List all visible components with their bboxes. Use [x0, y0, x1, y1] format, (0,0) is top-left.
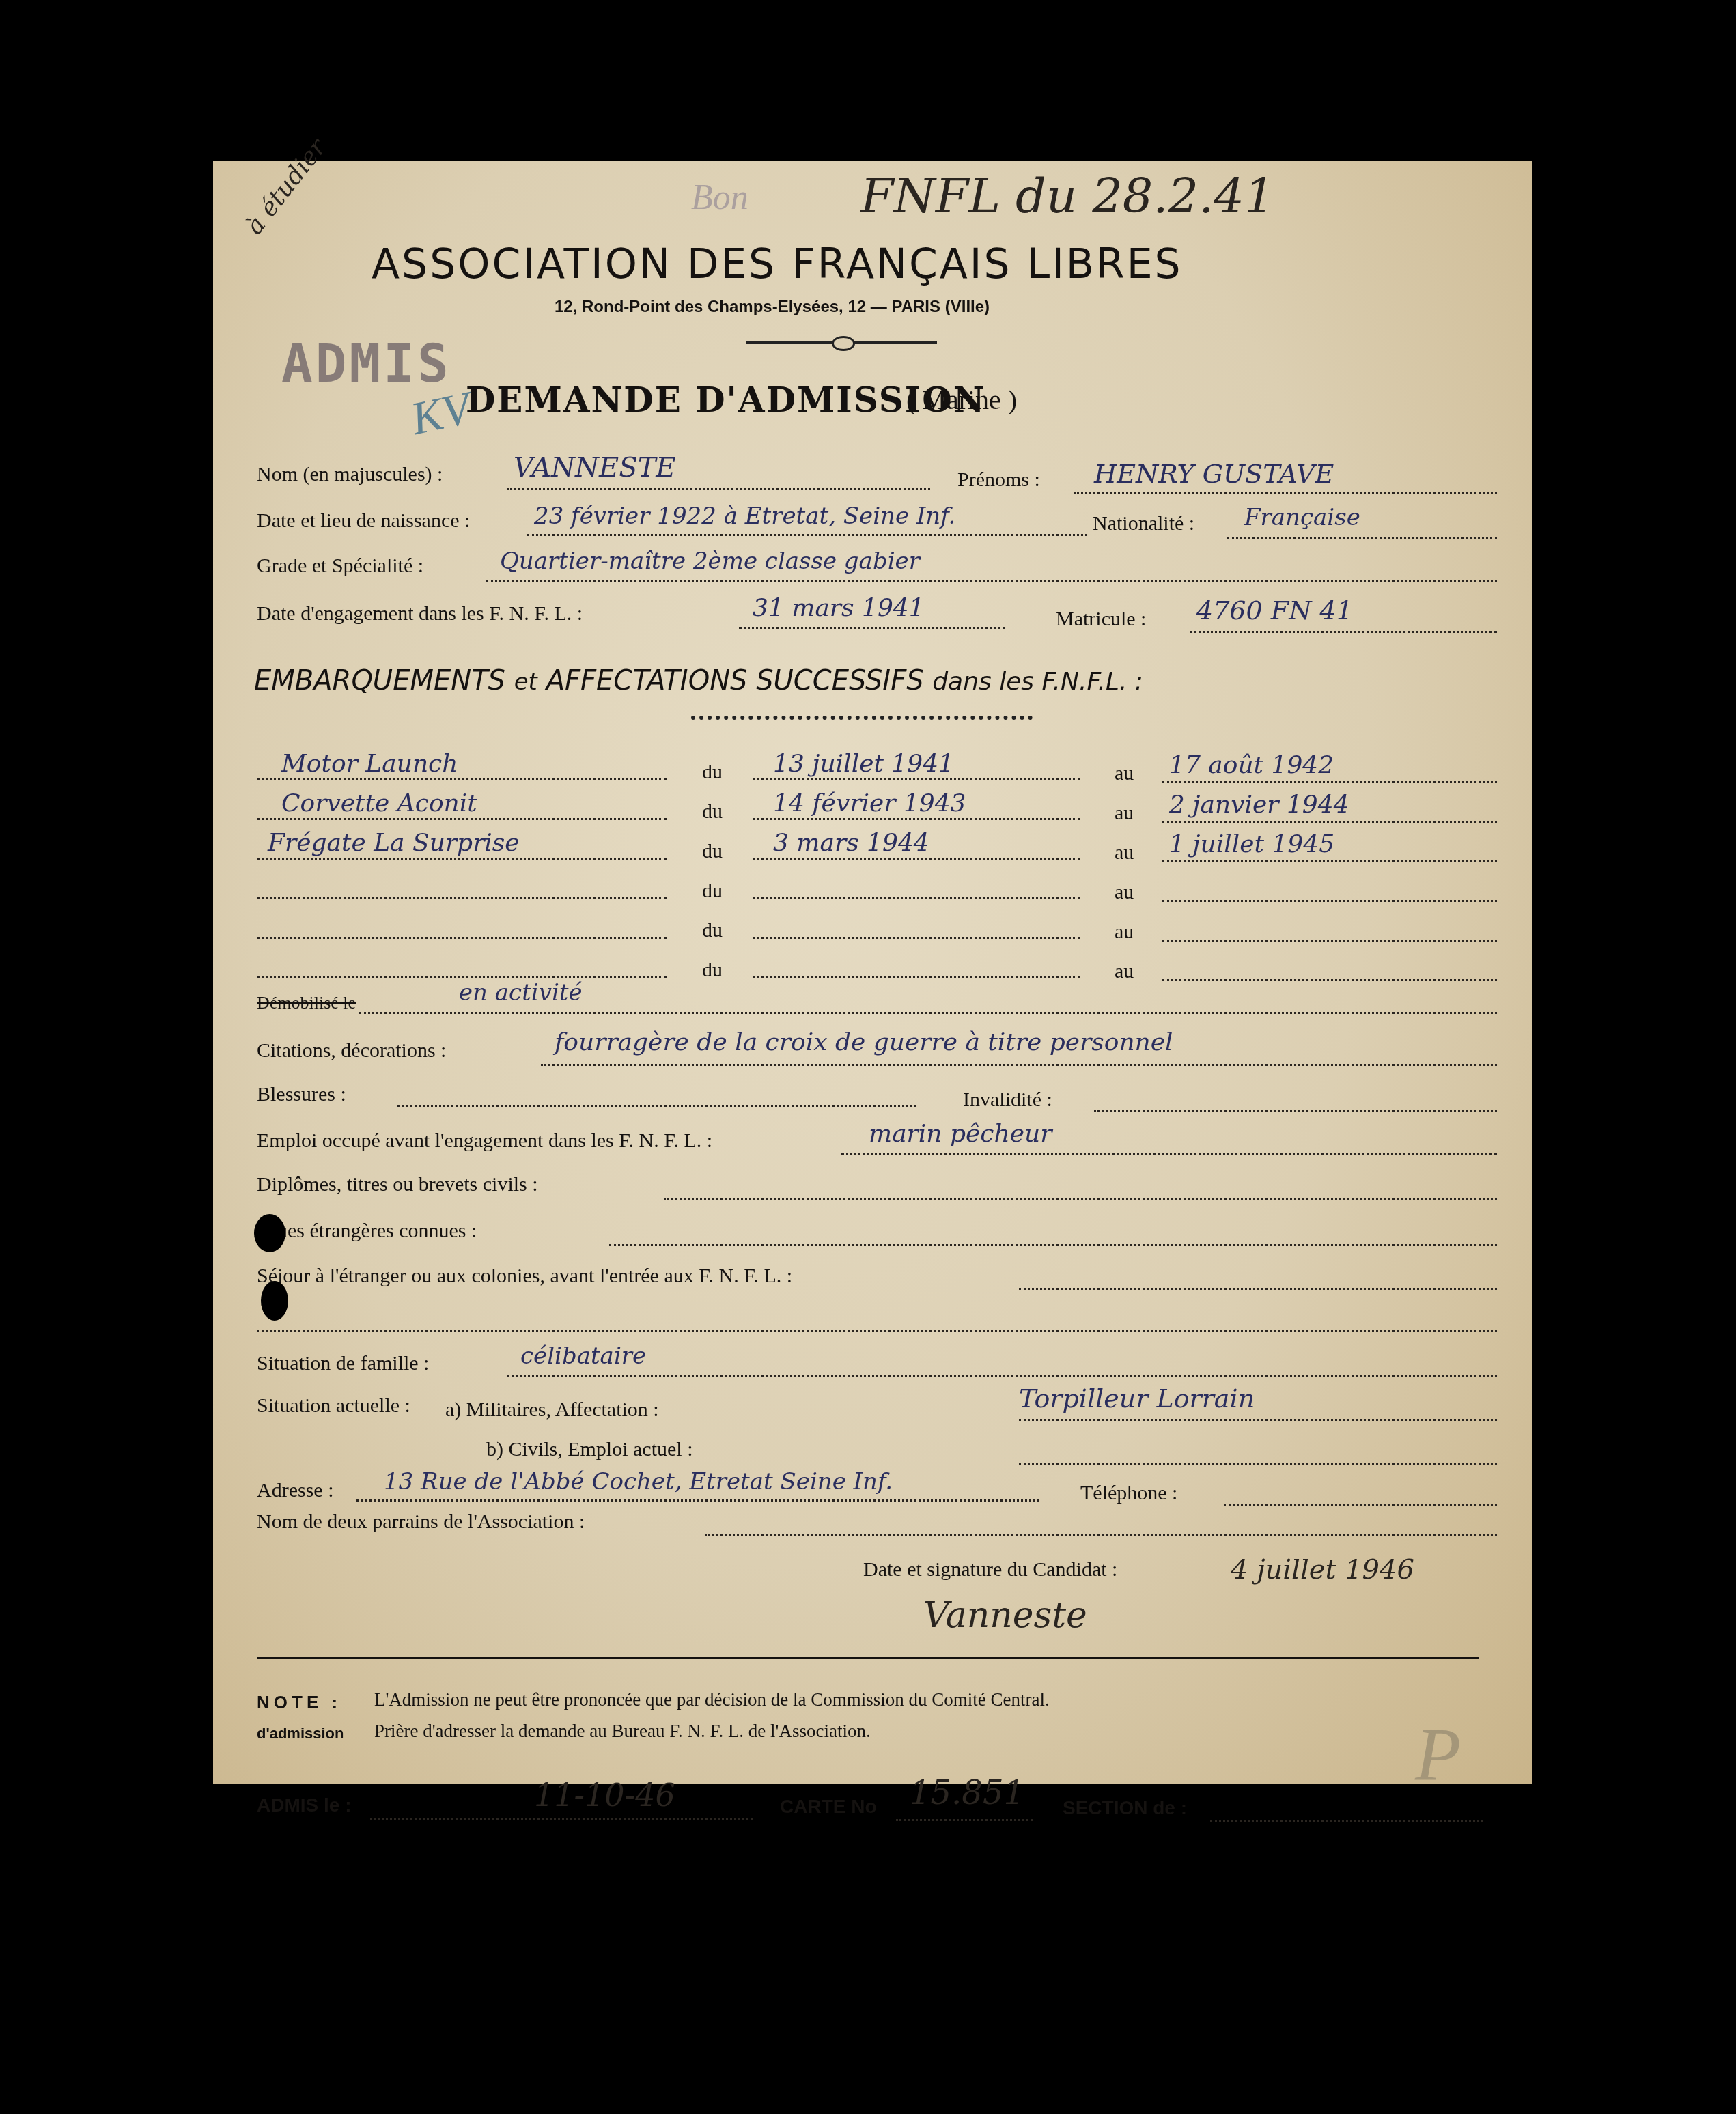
langues-label: …ues étrangères connues : [257, 1220, 477, 1243]
candidate-signature[interactable]: Vanneste [923, 1595, 1087, 1636]
engagement-line [739, 627, 1005, 629]
nationalite-label: Nationalité : [1093, 512, 1194, 535]
admis-label: ADMIS le : [257, 1794, 351, 1816]
punch-hole [261, 1281, 288, 1321]
au-label: au [1115, 960, 1134, 983]
prenoms-label: Prénoms : [957, 468, 1040, 492]
note-line-1: L'Admission ne peut être prononcée que p… [374, 1689, 1050, 1710]
du-label: du [702, 959, 723, 982]
heading-part2: AFFECTATIONS SUCCESSIFS [546, 665, 924, 696]
carte-line [896, 1819, 1033, 1821]
carte-number-value[interactable]: 15.851 [910, 1774, 1024, 1812]
heading-dotted-rule [691, 716, 1033, 720]
engagement-label: Date d'engagement dans les F. N. F. L. : [257, 602, 583, 625]
naissance-value[interactable]: 23 février 1922 à Etretat, Seine Inf. [534, 503, 955, 530]
au-label: au [1115, 920, 1134, 944]
adresse-label: Adresse : [257, 1479, 333, 1502]
prenoms-value[interactable]: HENRY GUSTAVE [1094, 459, 1334, 489]
famille-line [507, 1375, 1497, 1377]
citations-value[interactable]: fourragère de la croix de guerre à titre… [555, 1028, 1173, 1056]
blessures-label: Blessures : [257, 1083, 346, 1106]
admis-line [370, 1818, 753, 1820]
embarquement-row: du au [213, 905, 1532, 944]
demobilise-line [359, 1012, 1497, 1014]
militaires-value[interactable]: Torpilleur Lorrain [1019, 1383, 1255, 1413]
organization-name: ASSOCIATION DES FRANÇAIS LIBRES [372, 240, 1183, 288]
nom-label: Nom (en majuscules) : [257, 463, 443, 486]
admis-date-value[interactable]: 11-10-46 [534, 1777, 675, 1814]
naissance-line [527, 534, 1087, 536]
au-label: au [1115, 802, 1134, 825]
nom-value[interactable]: VANNESTE [514, 452, 676, 483]
note-line-2: Prière d'adresser la demande au Bureau F… [374, 1721, 871, 1742]
annotation-fnfl-date: FNFL du 28.2.41 [860, 168, 1274, 224]
note-label: NOTE : [257, 1692, 341, 1713]
du-label: du [702, 919, 723, 942]
pencil-initials: P [1415, 1711, 1461, 1798]
blue-check-mark: KV [406, 381, 475, 446]
famille-label: Situation de famille : [257, 1352, 429, 1375]
embarquement-row: Corvette Aconit du 14 février 1943 au 2 … [213, 787, 1532, 825]
adresse-line [356, 1499, 1039, 1502]
du-label: du [702, 761, 723, 784]
embarquement-row: du au [213, 945, 1532, 983]
from-value[interactable]: 13 juillet 1941 [773, 750, 954, 778]
invalidite-label: Invalidité : [963, 1088, 1052, 1112]
admission-form-document: à étudier Bon FNFL du 28.2.41 ADMIS KV A… [213, 161, 1532, 1784]
engagement-value[interactable]: 31 mars 1941 [753, 594, 925, 622]
demobilise-value[interactable]: en activité [459, 979, 583, 1006]
du-label: du [702, 840, 723, 863]
unit-value[interactable]: Frégate La Surprise [268, 829, 520, 857]
nom-line [507, 488, 930, 490]
form-subtitle: ( Marine ) [906, 384, 1017, 416]
to-value[interactable]: 17 août 1942 [1169, 751, 1334, 779]
du-label: du [702, 879, 723, 903]
note-sublabel: d'admission [257, 1725, 344, 1743]
naissance-label: Date et lieu de naissance : [257, 509, 470, 533]
telephone-line [1224, 1504, 1497, 1506]
embarquement-row: Frégate La Surprise du 3 mars 1944 au 1 … [213, 826, 1532, 864]
emploi-value[interactable]: marin pêcheur [869, 1120, 1052, 1148]
matricule-value[interactable]: 4760 FN 41 [1196, 595, 1353, 625]
admis-stamp: ADMIS [281, 333, 451, 394]
citations-line [541, 1064, 1497, 1066]
embarquements-heading: EMBARQUEMENTS et AFFECTATIONS SUCCESSIFS… [254, 665, 1143, 696]
blessures-line [397, 1105, 916, 1107]
sejour-label: Séjour à l'étranger ou aux colonies, ava… [257, 1265, 792, 1288]
grade-value[interactable]: Quartier-maître 2ème classe gabier [500, 548, 920, 575]
signature-label: Date et signature du Candidat : [863, 1558, 1117, 1581]
telephone-label: Téléphone : [1080, 1482, 1177, 1505]
militaires-label: a) Militaires, Affectation : [445, 1398, 659, 1422]
au-label: au [1115, 841, 1134, 864]
section-divider [257, 1657, 1479, 1659]
prenoms-line [1074, 492, 1497, 494]
emploi-line [841, 1153, 1497, 1155]
from-value[interactable]: 3 mars 1944 [773, 829, 929, 857]
sejour-line-2 [257, 1330, 1497, 1332]
ornament-divider [746, 341, 937, 344]
matricule-line [1190, 631, 1497, 633]
signature-date[interactable]: 4 juillet 1946 [1231, 1554, 1414, 1585]
to-value[interactable]: 2 janvier 1944 [1169, 791, 1349, 819]
civils-line [1019, 1463, 1497, 1465]
sejour-line [1019, 1288, 1497, 1290]
annotation-a-etudier: à étudier [240, 134, 332, 240]
from-value[interactable]: 14 février 1943 [773, 789, 966, 817]
section-line [1210, 1820, 1483, 1822]
unit-value[interactable]: Corvette Aconit [281, 789, 477, 817]
section-label: SECTION de : [1063, 1797, 1187, 1819]
au-label: au [1115, 881, 1134, 904]
au-label: au [1115, 762, 1134, 785]
grade-label: Grade et Spécialité : [257, 554, 423, 578]
heading-part3: dans les F.N.F.L. : [932, 668, 1143, 696]
adresse-value[interactable]: 13 Rue de l'Abbé Cochet, Etretat Seine I… [384, 1468, 893, 1495]
heading-et: et [514, 668, 537, 696]
famille-value[interactable]: célibataire [520, 1342, 646, 1370]
parrains-line [705, 1534, 1497, 1536]
du-label: du [702, 800, 723, 823]
unit-value[interactable]: Motor Launch [281, 750, 458, 778]
embarquement-row: Motor Launch du 13 juillet 1941 au 17 ao… [213, 747, 1532, 785]
parrains-label: Nom de deux parrains de l'Association : [257, 1510, 585, 1534]
grade-line [486, 580, 1497, 582]
to-value[interactable]: 1 juillet 1945 [1169, 830, 1334, 858]
demobilise-label: Démobilisé le [257, 993, 356, 1013]
civils-label: b) Civils, Emploi actuel : [486, 1438, 692, 1461]
diplomes-line [664, 1198, 1497, 1200]
emploi-label: Emploi occupé avant l'engagement dans le… [257, 1129, 712, 1153]
invalidite-line [1094, 1110, 1497, 1112]
diplomes-label: Diplômes, titres ou brevets civils : [257, 1173, 538, 1196]
organization-address: 12, Rond-Point des Champs-Elysées, 12 — … [555, 298, 990, 317]
langues-line [609, 1244, 1497, 1246]
punch-hole [254, 1214, 285, 1252]
nationalite-line [1227, 537, 1497, 539]
annotation-faint-bon: Bon [691, 178, 748, 218]
matricule-label: Matricule : [1056, 608, 1146, 631]
embarquement-row: du au [213, 866, 1532, 904]
carte-label: CARTE No [780, 1796, 877, 1818]
citations-label: Citations, décorations : [257, 1039, 446, 1062]
heading-part1: EMBARQUEMENTS [254, 665, 505, 696]
actuelle-label: Situation actuelle : [257, 1394, 410, 1418]
nationalite-value[interactable]: Française [1244, 504, 1360, 531]
militaires-line [1019, 1419, 1497, 1421]
